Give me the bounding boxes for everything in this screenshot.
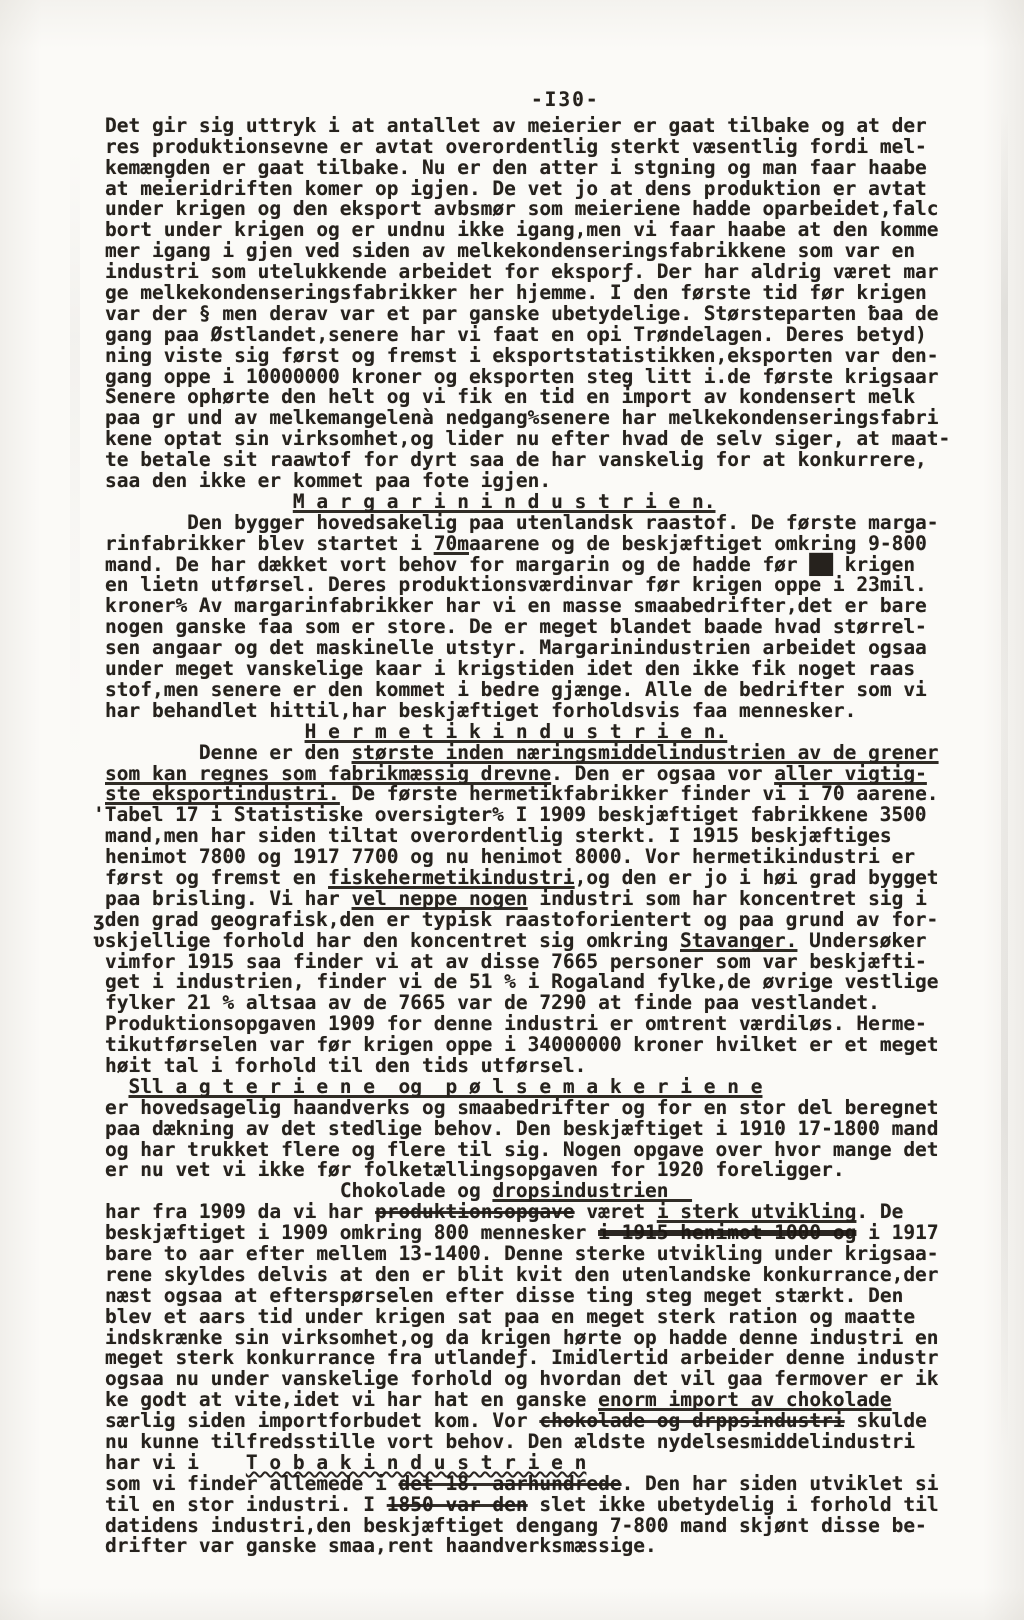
text-line: ste eksportindustri. De første hermetikf… — [105, 784, 950, 805]
text-line: res produktionsevne er avtat overordentl… — [105, 137, 950, 158]
text-line: var der § men derav var et par ganske ub… — [105, 304, 950, 325]
scan-streak — [1001, 110, 1008, 1450]
text-line: og har trukket flere og flere til sig. N… — [105, 1140, 950, 1161]
text-line: har vi i T o b a k i n d u s t r i e n — [105, 1453, 950, 1474]
text-line: tikutførselen var før krigen oppe i 3400… — [105, 1035, 950, 1056]
text-line: ogsaa nu under vanskelige forhold og hvo… — [105, 1369, 950, 1390]
text-line: ke godt at vite,idet vi har hat en gansk… — [105, 1390, 950, 1411]
text-line: 'Tabel 17 i Statistiske oversigter% I 19… — [105, 805, 950, 826]
text-line: mand,men har siden tiltat overordentlig … — [105, 826, 950, 847]
text-line: ning viste sig først og fremst i eksport… — [105, 346, 950, 367]
text-line: næst ogsaa at efterspørselen efter disse… — [105, 1286, 950, 1307]
ink-mark: dropsindustrien — [492, 1179, 692, 1202]
text-line: under krigen og den eksport avbsmør som … — [105, 199, 950, 220]
text-line: gang oppe i 10000000 kroner og eksporten… — [105, 367, 950, 388]
ink-mark: Stavanger. — [680, 929, 797, 952]
text-line: datidens industri,den beskjæftiget denga… — [105, 1516, 950, 1537]
text-line: til en stor industri. I 1850 var den sle… — [105, 1495, 950, 1516]
text-line: henimot 7800 og 1917 7700 og nu henimot … — [105, 847, 950, 868]
ink-mark: ste eksportindustri. — [105, 782, 340, 805]
text-line: Senere ophørte den helt og vi fik en tid… — [105, 387, 950, 408]
text-line: først og fremst en fiskehermetikindustri… — [105, 868, 950, 889]
ink-mark: fiskehermetikindustri — [328, 866, 575, 889]
ink-mark: som kan regnes som fabrikmæssig drevne — [105, 762, 551, 785]
text-line: industri som utelukkende arbeidet for ek… — [105, 262, 950, 283]
scan-smudge — [70, 150, 80, 770]
text-line: vimfor 1915 saa finder vi at av disse 76… — [105, 952, 950, 973]
text-line: get i industrien, finder vi de 51 % i Ro… — [105, 972, 950, 993]
ink-mark: chokolade og drppsindustri — [539, 1409, 844, 1432]
text-line: bort under krigen og er undnu ikke igang… — [105, 220, 950, 241]
ink-mark: produktionsopgave — [375, 1200, 575, 1223]
text-line: under meget vanskelige kaar i krigstiden… — [105, 659, 950, 680]
ink-mark: i sterk utvikling — [657, 1200, 857, 1223]
ink-mark: H e r m e t i k i n d u s t r i e n. — [305, 720, 728, 743]
page-number: -I30- — [105, 90, 950, 111]
text-line: er nu vet vi ikke før folketællingsopgav… — [105, 1160, 950, 1181]
text-line: rene skyldes delvis at den er blit kvit … — [105, 1265, 950, 1286]
text-line: kemængden er gaat tilbake. Nu er den att… — [105, 158, 950, 179]
text-line: ʋskjellige forhold har den koncentret si… — [105, 931, 950, 952]
ink-mark: 70m — [434, 532, 469, 555]
section-heading: Chokolade og dropsindustrien — [105, 1181, 950, 1202]
ink-mark: M a r g a r i n i n d u s t r i e n. — [293, 490, 716, 513]
ink-mark: i 1915 henimot 1000 og — [598, 1221, 856, 1244]
text-line: rinfabrikker blev startet i 70maarene og… — [105, 534, 950, 555]
ink-mark: T o b a k i n d u s t r i e n — [246, 1451, 586, 1474]
text-line: paa dækning av det stedlige behov. Den b… — [105, 1119, 950, 1140]
text-line: at meieridriften komer op igjen. De vet … — [105, 179, 950, 200]
text-line: fylker 21 % altsaa av de 7665 var de 729… — [105, 993, 950, 1014]
text-line: te betale sit raawtof for dyrt saa de ha… — [105, 450, 950, 471]
text-line: høit tal i forhold til den tids utførsel… — [105, 1056, 950, 1077]
text-line: saa den ikke er kommet paa fote igjen. — [105, 471, 950, 492]
text-line: paa brisling. Vi har vel neppe nogen ind… — [105, 889, 950, 910]
ink-mark: aller vigtig- — [774, 762, 927, 785]
text-line: kene optat sin virksomhet,og lider nu ef… — [105, 429, 950, 450]
ink-mark: 1850 var den — [387, 1493, 528, 1516]
text-line: nogen ganske faa som er store. De er meg… — [105, 617, 950, 638]
text-line: mand. De har dækket vort behov for marga… — [105, 555, 950, 576]
text-line: meget sterk konkurrance fra utlandeƒ. Im… — [105, 1348, 950, 1369]
section-heading: M a r g a r i n i n d u s t r i e n. — [105, 492, 950, 513]
ink-mark: enorm import av chokolade — [598, 1388, 892, 1411]
scanned-document-page: { "page": { "number": "-I30-", "paper_co… — [0, 0, 1024, 1620]
section-heading: H e r m e t i k i n d u s t r i e n. — [105, 722, 950, 743]
document-lines: -I30-Det gir sig uttryk i at antallet av… — [105, 90, 950, 1557]
text-line: blev et aars tid under krigen sat paa en… — [105, 1307, 950, 1328]
text-line: er hovedsagelig haandverks og smaabedrif… — [105, 1098, 950, 1119]
text-line: som vi finder allemede i det 18. aarhund… — [105, 1474, 950, 1495]
text-line: ʒden grad geografisk,den er typisk raast… — [105, 910, 950, 931]
text-line: Produktionsopgaven 1909 for denne indust… — [105, 1014, 950, 1035]
text-line: ge melkekondenseringsfabrikker her hjemm… — [105, 283, 950, 304]
text-line: stof,men senere er den kommet i bedre gj… — [105, 680, 950, 701]
text-line: Denne er den største inden næringsmiddel… — [105, 743, 950, 764]
text-line: nu kunne tilfredsstille vort behov. Den … — [105, 1432, 950, 1453]
ink-mark: største inden næringsmiddelindustrien av… — [352, 741, 939, 764]
text-line: mer igang i gjen ved siden av melkekonde… — [105, 241, 950, 262]
section-heading: Sll a g t e r i e n e og p ø l s e m a k… — [105, 1077, 950, 1098]
ink-mark: Sll a g t e r i e n e og p ø l s e m a k… — [128, 1075, 762, 1098]
text-line: Det gir sig uttryk i at antallet av meie… — [105, 116, 950, 137]
text-line: gang paa Østlandet,senere har vi faat en… — [105, 325, 950, 346]
text-line: drifter var ganske smaa,rent haandverksm… — [105, 1536, 950, 1557]
text-line: særlig siden importforbudet kom. Vor cho… — [105, 1411, 950, 1432]
text-line: har behandlet hittil,har beskjæftiget fo… — [105, 701, 950, 722]
text-line: har fra 1909 da vi har produktionsopgave… — [105, 1202, 950, 1223]
text-line: en lietn utførsel. Deres produktionsværd… — [105, 575, 950, 596]
text-line: Den bygger hovedsakelig paa utenlandsk r… — [105, 513, 950, 534]
ink-mark: det 18. aarhundrede — [399, 1472, 622, 1495]
text-line: bare to aar efter mellem 13-1400. Denne … — [105, 1244, 950, 1265]
text-line: kroner% Av margarinfabrikker har vi en m… — [105, 596, 950, 617]
text-line: beskjæftiget i 1909 omkring 800 menneske… — [105, 1223, 950, 1244]
text-line: paa gr und av melkemangelenà nedgang%sen… — [105, 408, 950, 429]
ink-mark: vel neppe nogen — [352, 887, 528, 910]
text-line: sen angaar og det maskinelle utstyr. Mar… — [105, 638, 950, 659]
text-line: indskrænke sin virksomhet,og da krigen h… — [105, 1328, 950, 1349]
text-line: som kan regnes som fabrikmæssig drevne. … — [105, 764, 950, 785]
